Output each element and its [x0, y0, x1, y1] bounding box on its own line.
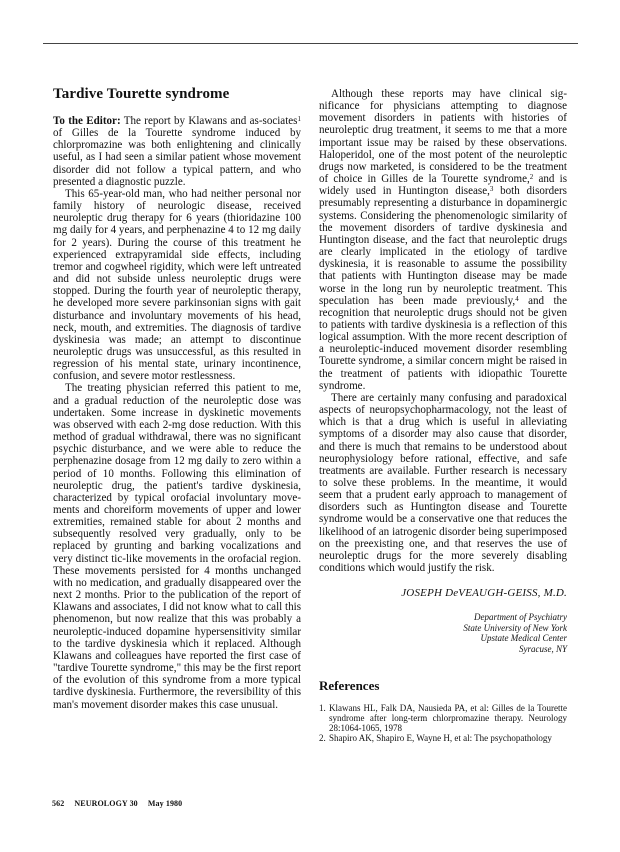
header-rule	[43, 43, 578, 44]
page-number: 562	[52, 799, 64, 808]
paragraph-significance: Although these reports may have clinical…	[319, 88, 567, 392]
paragraph-case: This 65-year-old man, who had neither pe…	[53, 188, 301, 383]
reference-item: 2.Shapiro AK, Shapiro E, Wayne H, et al:…	[319, 733, 567, 743]
author-signature: JOSEPH DeVEAUGH-GEISS, M.D.	[319, 587, 567, 599]
article-title: Tardive Tourette syndrome	[53, 86, 229, 103]
page-footer: 562 NEUROLOGY 30 May 1980	[52, 799, 190, 808]
citation-1: 1	[298, 115, 302, 123]
right-column: Although these reports may have clinical…	[319, 88, 567, 744]
left-column: To the Editor: The report by Klawans and…	[53, 115, 301, 711]
paragraph-conclusion: There are certainly many confusing and p…	[319, 392, 567, 574]
paragraph-intro: To the Editor: The report by Klawans and…	[53, 115, 301, 188]
reference-item: 1.Klawans HL, Falk DA, Nausieda PA, et a…	[319, 703, 567, 734]
author-affiliation: Department of Psychiatry State Universit…	[319, 612, 567, 654]
references-heading: References	[319, 680, 567, 692]
paragraph-treatment: The treating physician referred this pat…	[53, 382, 301, 710]
lead-in: To the Editor:	[53, 115, 121, 127]
issue-date: May 1980	[148, 799, 182, 808]
references-list: 1.Klawans HL, Falk DA, Nausieda PA, et a…	[319, 703, 567, 744]
journal-name: NEUROLOGY 30	[74, 799, 137, 808]
